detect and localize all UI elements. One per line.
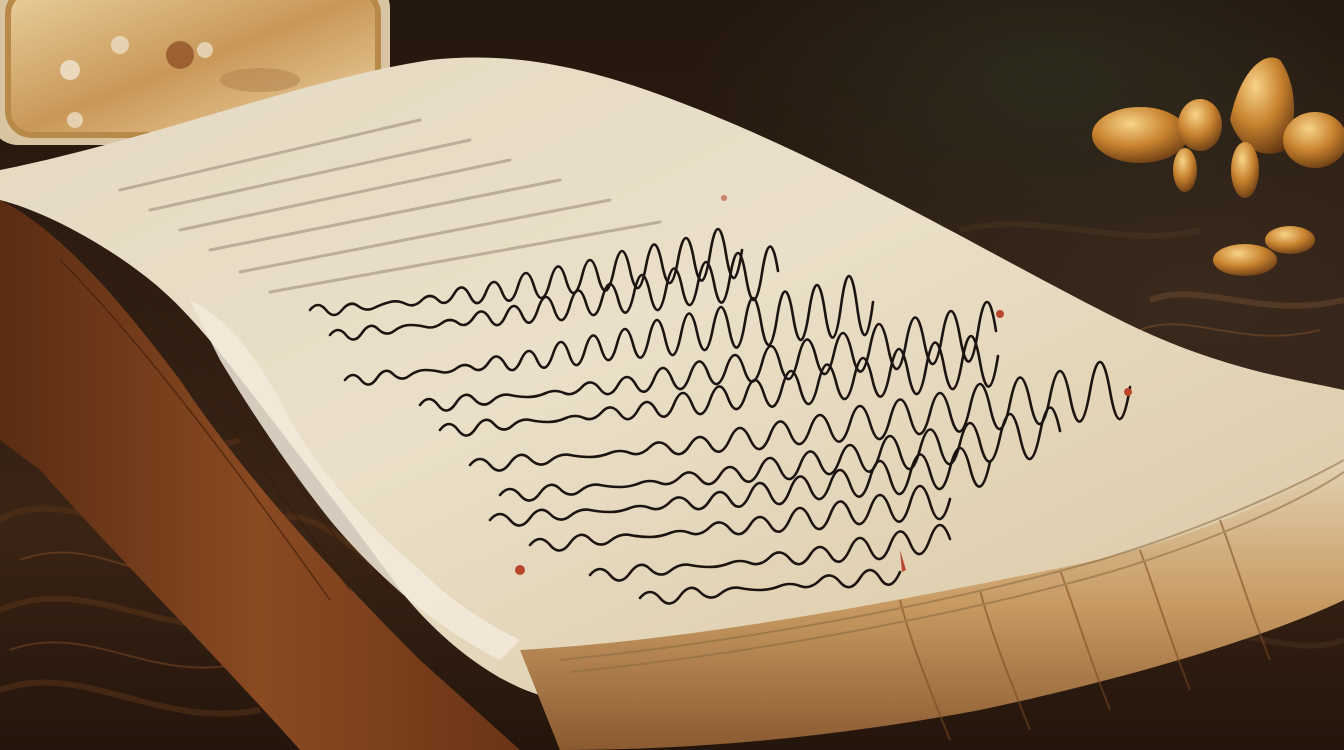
manuscript-scroll-photo: Aged parchment scroll with illegible cur… [0, 0, 1344, 750]
gold-nuggets [1080, 40, 1344, 290]
